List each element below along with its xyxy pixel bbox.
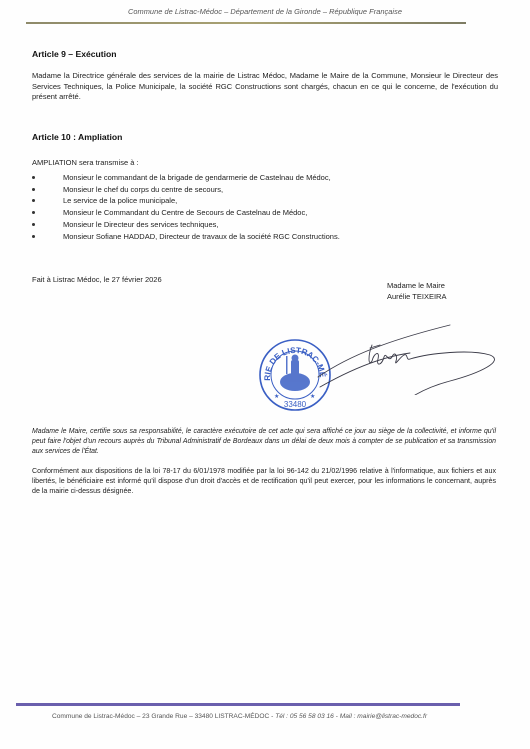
svg-text:33480: 33480	[284, 400, 307, 409]
svg-text:★: ★	[274, 393, 279, 400]
footer-email: Mail : mairie@listrac-medoc.fr	[340, 713, 427, 720]
place-and-date: Fait à Listrac Médoc, le 27 février 2026	[32, 275, 162, 286]
article-10-title: Article 10 : Ampliation	[32, 132, 122, 142]
list-item: Monsieur le Commandant du Centre de Seco…	[32, 207, 340, 219]
page-header: Commune de Listrac-Médoc – Département d…	[0, 7, 530, 16]
list-item: Le service de la police municipale,	[32, 195, 340, 207]
list-item: Monsieur le Directeur des services techn…	[32, 219, 340, 231]
recipients-list: Monsieur le commandant de la brigade de …	[32, 172, 340, 242]
bullet-icon	[32, 199, 35, 202]
document-page: Commune de Listrac-Médoc – Département d…	[0, 0, 530, 749]
signatory-role: Madame le Maire	[387, 280, 446, 291]
list-item: Monsieur Sofiane HADDAD, Directeur de tr…	[32, 231, 340, 243]
signatory-name: Aurélie TEIXEIRA	[387, 291, 446, 302]
list-item: Monsieur le commandant de la brigade de …	[32, 172, 340, 184]
article-9-body: Madame la Directrice générale des servic…	[32, 71, 498, 103]
footer-phone: Tél : 05 56 58 03 16	[275, 713, 334, 720]
page-footer: Commune de Listrac-Médoc – 23 Grande Rue…	[52, 713, 427, 720]
bullet-icon	[32, 235, 35, 238]
footer-rule	[16, 703, 460, 706]
privacy-notice: Conformément aux dispositions de la loi …	[32, 466, 496, 496]
bullet-icon	[32, 188, 35, 191]
signatory-block: Madame le Maire Aurélie TEIXEIRA	[387, 280, 446, 302]
list-item: Monsieur le chef du corps du centre de s…	[32, 184, 340, 196]
header-rule	[26, 22, 466, 24]
bullet-icon	[32, 176, 35, 179]
bullet-icon	[32, 223, 35, 226]
ampliation-intro: AMPLIATION sera transmise à :	[32, 158, 139, 169]
handwritten-signature-icon	[310, 315, 510, 395]
certification-notice: Madame le Maire, certifie sous sa respon…	[32, 427, 496, 456]
footer-address: Commune de Listrac-Médoc – 23 Grande Rue…	[52, 713, 275, 720]
bullet-icon	[32, 211, 35, 214]
article-9-title: Article 9 – Exécution	[32, 49, 117, 59]
